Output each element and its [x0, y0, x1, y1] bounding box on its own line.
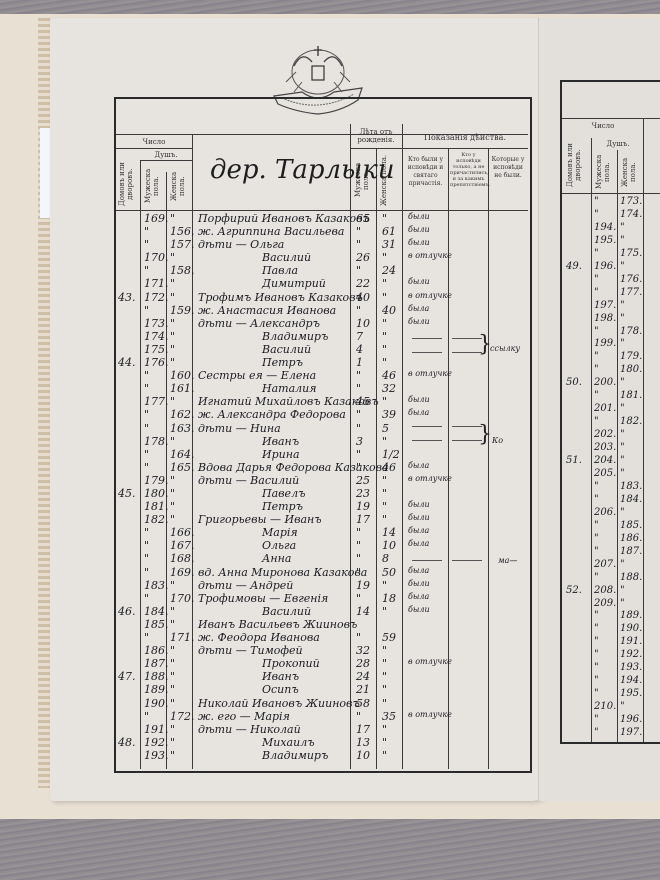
- male-number: 192.: [144, 736, 169, 749]
- person-name: Иванъ: [262, 435, 299, 448]
- female-number: 160.: [170, 369, 195, 382]
- age-female: 46: [382, 461, 396, 474]
- age-female: ": [382, 736, 387, 749]
- confession-note: были: [408, 500, 430, 509]
- age-female: ": [382, 212, 387, 225]
- rp-header-persons: Душъ.: [593, 140, 643, 148]
- person-name: Трофимовы — Евгенія: [198, 592, 328, 605]
- rp-header-male: Мужеска пола.: [595, 152, 615, 192]
- female-number: ": [620, 222, 625, 233]
- person-name: Ольга: [262, 539, 296, 552]
- age-male: ": [356, 566, 361, 579]
- female-number: ": [620, 429, 625, 440]
- female-number: ": [170, 697, 175, 710]
- age-female: ": [382, 697, 387, 710]
- female-number: 167.: [170, 539, 195, 552]
- confession-note: были: [408, 395, 430, 404]
- person-name: Осипъ: [262, 683, 299, 696]
- person-name: дѣти — Ольга: [198, 238, 284, 251]
- female-number: 182.: [620, 416, 642, 427]
- male-number: ": [594, 610, 599, 621]
- male-number: ": [144, 566, 149, 579]
- male-number: 204.: [594, 455, 616, 466]
- male-number: ": [144, 461, 149, 474]
- person-name: Трофимъ Ивановъ Казаковъ: [198, 291, 363, 304]
- confession-note: в отлучке: [408, 251, 452, 260]
- male-number: ": [594, 494, 599, 505]
- person-name: ж. его — Марія: [198, 710, 290, 723]
- female-number: ": [620, 338, 625, 349]
- female-number: ": [620, 598, 625, 609]
- side-note: Ко: [492, 436, 503, 445]
- male-number: 183.: [144, 579, 169, 592]
- female-number: ": [620, 235, 625, 246]
- age-female: 18: [382, 592, 396, 605]
- household-number: 45.: [118, 487, 136, 500]
- male-number: 202.: [594, 429, 616, 440]
- person-name: Владимиръ: [262, 330, 328, 343]
- male-number: 195.: [594, 235, 616, 246]
- person-name: дѣти — Николай: [198, 723, 301, 736]
- age-female: ": [382, 670, 387, 683]
- male-number: 187.: [144, 657, 169, 670]
- age-female: ": [382, 251, 387, 264]
- male-number: 209.: [594, 598, 616, 609]
- female-number: 173.: [620, 196, 642, 207]
- male-number: 175.: [144, 343, 169, 356]
- age-female: ": [382, 657, 387, 670]
- male-number: ": [594, 546, 599, 557]
- female-number: 174.: [620, 209, 642, 220]
- female-number: ": [620, 300, 625, 311]
- confession-note: в отлучке: [408, 291, 452, 300]
- age-male: ": [356, 631, 361, 644]
- age-female: ": [382, 330, 387, 343]
- male-number: 172.: [144, 291, 169, 304]
- household-number: 52.: [566, 585, 582, 596]
- confession-note: была: [408, 408, 429, 417]
- age-female: ": [382, 605, 387, 618]
- female-number: 180.: [620, 364, 642, 375]
- male-number: 190.: [144, 697, 169, 710]
- male-number: 189.: [144, 683, 169, 696]
- person-name: ж. Александра Федорова: [198, 408, 346, 421]
- confession-note: была: [408, 592, 429, 601]
- age-male: ": [356, 448, 361, 461]
- age-female: 39: [382, 408, 396, 421]
- male-number: ": [594, 481, 599, 492]
- age-male: 58: [356, 697, 370, 710]
- female-number: 159.: [170, 304, 195, 317]
- age-male: 10: [356, 317, 370, 330]
- male-number: ": [144, 592, 149, 605]
- household-number: 49.: [566, 261, 582, 272]
- male-number: 185.: [144, 618, 169, 631]
- female-number: ": [170, 277, 175, 290]
- sub-rule: [140, 160, 192, 161]
- person-name: Василий: [262, 343, 311, 356]
- dash: [452, 440, 482, 441]
- male-number: ": [144, 225, 149, 238]
- female-number: 189.: [620, 610, 642, 621]
- male-number: ": [594, 688, 599, 699]
- female-number: 163.: [170, 422, 195, 435]
- age-female: 35: [382, 710, 396, 723]
- confession-note: были: [408, 317, 430, 326]
- female-number: ": [620, 701, 625, 712]
- age-female: 40: [382, 304, 396, 317]
- female-number: 181.: [620, 390, 642, 401]
- female-number: ": [170, 644, 175, 657]
- female-number: ": [170, 749, 175, 762]
- female-number: 184.: [620, 494, 642, 505]
- male-number: 194.: [594, 222, 616, 233]
- female-number: 193.: [620, 662, 642, 673]
- female-number: 178.: [620, 326, 642, 337]
- age-male: 23: [356, 487, 370, 500]
- male-number: 210.: [594, 701, 616, 712]
- header-age-male: Мужеска пола.: [354, 152, 374, 208]
- age-male: ": [356, 526, 361, 539]
- age-male: ": [356, 369, 361, 382]
- age-male: 40: [356, 291, 370, 304]
- female-number: ": [170, 618, 175, 631]
- paper-tab: [40, 128, 50, 218]
- age-male: 19: [356, 579, 370, 592]
- age-female: ": [382, 644, 387, 657]
- male-number: 176.: [144, 356, 169, 369]
- rp-header-count: Число: [564, 122, 642, 130]
- person-name: Григорьевы — Иванъ: [198, 513, 322, 526]
- confession-note: были: [408, 579, 430, 588]
- female-number: ": [620, 403, 625, 414]
- female-number: ": [170, 395, 175, 408]
- female-number: 179.: [620, 351, 642, 362]
- age-male: ": [356, 552, 361, 565]
- age-female: 5: [382, 422, 389, 435]
- male-number: 174.: [144, 330, 169, 343]
- age-female: ": [382, 723, 387, 736]
- confession-note: были: [408, 605, 430, 614]
- female-number: 185.: [620, 520, 642, 531]
- female-number: 186.: [620, 533, 642, 544]
- age-female: 46: [382, 369, 396, 382]
- female-number: 166.: [170, 526, 195, 539]
- household-number: 44.: [118, 356, 136, 369]
- dash: [452, 352, 482, 353]
- female-number: ": [170, 212, 175, 225]
- age-male: 14: [356, 605, 370, 618]
- female-number: ": [170, 474, 175, 487]
- female-number: ": [170, 356, 175, 369]
- age-male: ": [356, 264, 361, 277]
- age-female: ": [382, 395, 387, 408]
- person-name: Сестры ея — Елена: [198, 369, 316, 382]
- male-number: 203.: [594, 442, 616, 453]
- age-male: 17: [356, 513, 370, 526]
- male-number: ": [594, 572, 599, 583]
- header-female: Женска пола.: [170, 164, 190, 208]
- age-male: 21: [356, 683, 370, 696]
- male-number: 191.: [144, 723, 169, 736]
- female-number: ": [620, 455, 625, 466]
- female-number: ": [170, 487, 175, 500]
- female-number: 195.: [620, 688, 642, 699]
- household-number: 47.: [118, 670, 136, 683]
- age-female: ": [382, 317, 387, 330]
- header-count: Число: [118, 138, 190, 146]
- side-note: ма—: [498, 556, 517, 565]
- age-female: 31: [382, 238, 396, 251]
- age-female: ": [382, 277, 387, 290]
- age-male: ": [356, 710, 361, 723]
- age-female: ": [382, 343, 387, 356]
- male-number: ": [144, 552, 149, 565]
- person-name: Николай Ивановъ Жииновъ: [198, 697, 360, 710]
- female-number: ": [170, 435, 175, 448]
- confession-note: в отлучке: [408, 369, 452, 378]
- female-number: ": [170, 579, 175, 592]
- male-number: 200.: [594, 377, 616, 388]
- female-number: 169.: [170, 566, 195, 579]
- person-name: Порфирий Ивановъ Казаковъ: [198, 212, 370, 225]
- confession-note: были: [408, 238, 430, 247]
- female-number: 170.: [170, 592, 195, 605]
- male-number: ": [594, 649, 599, 660]
- male-number: 186.: [144, 644, 169, 657]
- male-number: ": [144, 264, 149, 277]
- person-name: дѣти — Василий: [198, 474, 299, 487]
- person-name: Владимиръ: [262, 749, 328, 762]
- female-number: ": [170, 683, 175, 696]
- household-number: 51.: [566, 455, 582, 466]
- male-number: ": [594, 326, 599, 337]
- age-female: ": [382, 579, 387, 592]
- male-number: ": [594, 416, 599, 427]
- header-bottom-rule: [116, 210, 528, 211]
- age-male: 10: [356, 749, 370, 762]
- confession-note: была: [408, 539, 429, 548]
- male-number: 208.: [594, 585, 616, 596]
- confession-note: была: [408, 526, 429, 535]
- person-name: Димитрий: [262, 277, 326, 290]
- rp-col: [591, 138, 592, 742]
- age-male: 65: [356, 212, 370, 225]
- header-households: Домовъ или дворовъ.: [118, 160, 138, 208]
- male-number: ": [594, 196, 599, 207]
- age-female: 14: [382, 526, 396, 539]
- dash: [452, 338, 482, 339]
- age-male: ": [356, 422, 361, 435]
- person-name: Марія: [262, 526, 298, 539]
- age-female: ": [382, 749, 387, 762]
- male-number: ": [594, 662, 599, 673]
- female-number: ": [170, 605, 175, 618]
- age-female: ": [382, 356, 387, 369]
- age-male: 17: [356, 723, 370, 736]
- female-number: 176.: [620, 274, 642, 285]
- male-number: 206.: [594, 507, 616, 518]
- person-name: Петръ: [262, 356, 303, 369]
- confession-note: в отлучке: [408, 657, 452, 666]
- person-name: дѣти — Нина: [198, 422, 281, 435]
- female-number: 187.: [620, 546, 642, 557]
- age-male: 24: [356, 670, 370, 683]
- female-number: ": [620, 468, 625, 479]
- male-number: 196.: [594, 261, 616, 272]
- male-number: 207.: [594, 559, 616, 570]
- person-name: Прокопий: [262, 657, 320, 670]
- col-divider: [376, 148, 377, 769]
- female-number: 162.: [170, 408, 195, 421]
- col-divider: [402, 124, 403, 769]
- rp-col: [617, 150, 618, 742]
- female-number: ": [170, 736, 175, 749]
- rp-header-female: Женска пола.: [621, 152, 641, 192]
- age-male: ": [356, 539, 361, 552]
- male-number: ": [144, 526, 149, 539]
- confession-note: были: [408, 225, 430, 234]
- male-number: 205.: [594, 468, 616, 479]
- dash: [452, 426, 482, 427]
- age-female: ": [382, 500, 387, 513]
- person-name: ж. Анастасия Иванова: [198, 304, 336, 317]
- male-number: ": [144, 710, 149, 723]
- person-name: Игнатий Михайловъ Казаковъ: [198, 395, 379, 408]
- female-number: ": [170, 330, 175, 343]
- female-number: 158.: [170, 264, 195, 277]
- male-number: ": [144, 448, 149, 461]
- person-name: Иванъ Васильевъ Жииновъ: [198, 618, 357, 631]
- female-number: 190.: [620, 623, 642, 634]
- male-number: ": [144, 631, 149, 644]
- age-female: 8: [382, 552, 389, 565]
- age-male: ": [356, 304, 361, 317]
- age-male: ": [356, 408, 361, 421]
- male-number: ": [594, 390, 599, 401]
- female-number: 161.: [170, 382, 195, 395]
- female-number: ": [620, 559, 625, 570]
- female-number: 192.: [620, 649, 642, 660]
- female-number: ": [170, 317, 175, 330]
- person-name: Петръ: [262, 500, 303, 513]
- female-number: ": [170, 657, 175, 670]
- age-male: ": [356, 461, 361, 474]
- person-name: дѣти — Андрей: [198, 579, 293, 592]
- male-number: ": [144, 238, 149, 251]
- female-number: 171.: [170, 631, 195, 644]
- sub-rule: [350, 148, 528, 149]
- male-number: ": [594, 533, 599, 544]
- header-action: Показанія дѣйства.: [404, 134, 526, 142]
- age-male: 3: [356, 435, 363, 448]
- household-number: 48.: [118, 736, 136, 749]
- household-number: 50.: [566, 377, 582, 388]
- male-number: ": [144, 539, 149, 552]
- male-number: ": [594, 287, 599, 298]
- female-number: 177.: [620, 287, 642, 298]
- male-number: ": [594, 274, 599, 285]
- header-action-2: Кто у исповѣди только, а не причастились…: [450, 152, 487, 188]
- male-number: ": [594, 364, 599, 375]
- dash: [452, 560, 482, 561]
- person-name: дѣти — Тимофей: [198, 644, 303, 657]
- person-name: ж. Агриппина Васильева: [198, 225, 344, 238]
- male-number: ": [594, 520, 599, 531]
- age-male: 4: [356, 343, 363, 356]
- female-number: 196.: [620, 714, 642, 725]
- dash: [412, 426, 442, 427]
- male-number: ": [144, 422, 149, 435]
- confession-note: были: [408, 277, 430, 286]
- header-persons: Душъ.: [142, 151, 190, 159]
- male-number: 180.: [144, 487, 169, 500]
- header-age-female: Женска пола.: [380, 152, 400, 208]
- person-name: Павла: [262, 264, 298, 277]
- male-number: ": [594, 675, 599, 686]
- age-male: 28: [356, 657, 370, 670]
- male-number: ": [144, 382, 149, 395]
- male-number: ": [594, 248, 599, 259]
- confession-note: в отлучке: [408, 474, 452, 483]
- col-divider: [140, 160, 141, 769]
- female-number: ": [170, 513, 175, 526]
- age-male: 25: [356, 474, 370, 487]
- female-number: 197.: [620, 727, 642, 738]
- female-number: ": [620, 585, 625, 596]
- female-number: ": [170, 500, 175, 513]
- confession-note: были: [408, 212, 430, 221]
- age-male: ": [356, 592, 361, 605]
- male-number: ": [144, 369, 149, 382]
- female-number: 183.: [620, 481, 642, 492]
- age-female: 24: [382, 264, 396, 277]
- age-female: 50: [382, 566, 396, 579]
- rp-rule: [562, 118, 660, 119]
- male-number: 171.: [144, 277, 169, 290]
- male-number: 188.: [144, 670, 169, 683]
- female-number: ": [620, 507, 625, 518]
- female-number: 172.: [170, 710, 195, 723]
- male-number: ": [594, 623, 599, 634]
- age-female: 10: [382, 539, 396, 552]
- header-action-3: Которые у исповѣди не были.: [490, 156, 526, 180]
- female-number: ": [170, 251, 175, 264]
- confession-note: была: [408, 461, 429, 470]
- female-number: ": [170, 670, 175, 683]
- male-number: ": [594, 727, 599, 738]
- household-number: 43.: [118, 291, 136, 304]
- rp-header-households: Домовъ или дворовъ.: [566, 140, 588, 190]
- col-divider: [448, 148, 449, 769]
- age-female: ": [382, 683, 387, 696]
- age-female: 32: [382, 382, 396, 395]
- male-number: 198.: [594, 313, 616, 324]
- male-number: ": [144, 408, 149, 421]
- female-number: 156.: [170, 225, 195, 238]
- rp-col: [643, 118, 644, 742]
- age-male: ": [356, 225, 361, 238]
- male-number: 184.: [144, 605, 169, 618]
- confession-note: была: [408, 304, 429, 313]
- female-number: 164.: [170, 448, 195, 461]
- male-number: 193.: [144, 749, 169, 762]
- age-female: ": [382, 474, 387, 487]
- person-name: Анна: [262, 552, 291, 565]
- age-male: 26: [356, 251, 370, 264]
- female-number: 194.: [620, 675, 642, 686]
- male-number: 199.: [594, 338, 616, 349]
